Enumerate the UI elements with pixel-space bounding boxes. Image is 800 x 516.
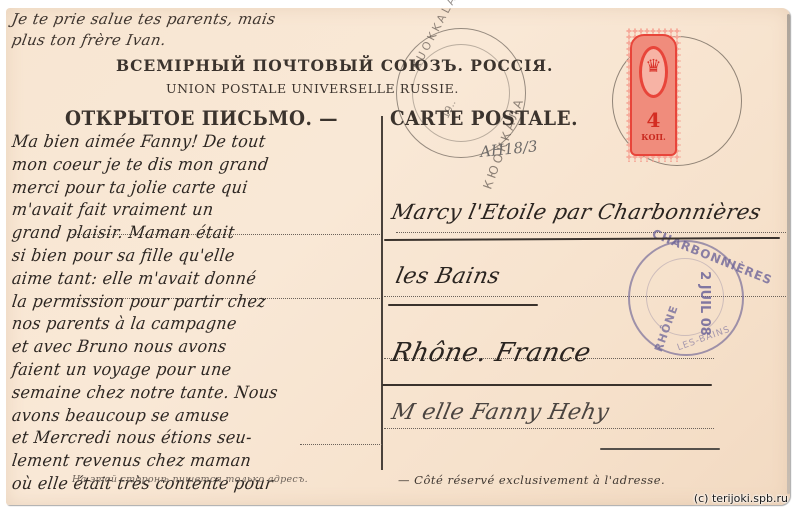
- address-dotted-line: [396, 232, 786, 233]
- message-line: mon coeur je te dis mon grand: [11, 155, 270, 175]
- message-line: et avec Bruno nous avons: [11, 337, 228, 357]
- message-top-line: plus ton frère Ivan.: [10, 31, 167, 49]
- message-line: faient un voyage pour une: [11, 360, 233, 380]
- message-line: lement revenus chez maman: [11, 451, 253, 471]
- message-line: nos parents à la campagne: [11, 314, 238, 334]
- footer-note-russian: На этой сторонѣ пишется только адресъ.: [72, 474, 308, 485]
- copyright-watermark: (c) terijoki.spb.ru: [694, 492, 788, 505]
- message-line: m'avait fait vraiment un: [11, 200, 215, 220]
- address-underline: [600, 448, 720, 450]
- postmark-charbonnieres-inner: [646, 258, 724, 336]
- message-line: merci pour ta jolie carte qui: [11, 178, 249, 198]
- message-line: et Mercredi nous étions seu-: [11, 428, 253, 448]
- address-underline: [382, 384, 712, 386]
- postmark-charbonnieres-date: 2 JUIL 08: [697, 271, 712, 336]
- footer-note-french: — Côté réservé exclusivement à l'adresse…: [398, 473, 665, 487]
- address-line: Rhône. France: [389, 338, 594, 368]
- double-headed-eagle-icon: ♛: [642, 56, 665, 77]
- message-line: aime tant: elle m'avait donné: [11, 269, 258, 289]
- message-line: avons beaucoup se amuse: [11, 406, 231, 426]
- address-line: M elle Fanny Hehy: [389, 400, 611, 425]
- title-russian: ОТКРЫТОЕ ПИСЬМО. —: [65, 106, 338, 130]
- address-dotted-line: [384, 428, 714, 429]
- address-underline: [388, 304, 538, 306]
- stamp-value: 4: [640, 108, 667, 132]
- address-line: les Bains: [393, 264, 502, 289]
- stamp-unit: КОП.: [640, 132, 667, 142]
- message-top-line: Je te prie salue tes parents, mais: [10, 10, 277, 28]
- message-line: Ma bien aimée Fanny! De tout: [11, 132, 267, 152]
- vertical-divider: [381, 116, 383, 470]
- left-dotted-line: [300, 444, 382, 445]
- message-line: semaine chez notre tante. Nous: [11, 383, 279, 403]
- address-line: Marcy l'Etoile par Charbonnières: [389, 200, 763, 224]
- message-line: la permission pour partir chez: [11, 292, 268, 312]
- message-line: grand plaisir. Maman était: [11, 223, 236, 243]
- message-line: si bien pour sa fille qu'elle: [11, 246, 236, 266]
